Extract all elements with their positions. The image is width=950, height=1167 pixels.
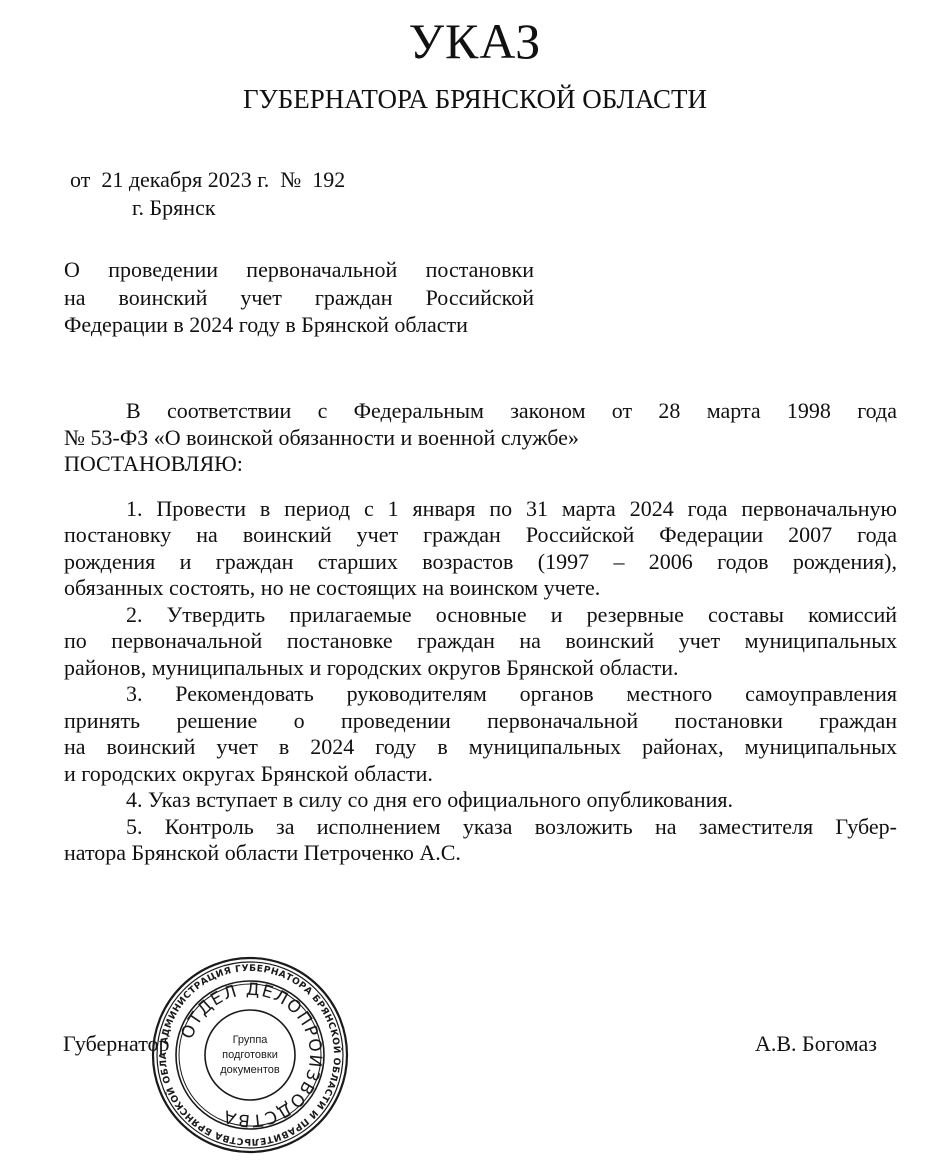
preamble: В соответствии с Федеральным законом от … bbox=[64, 398, 897, 478]
item-line: натора Брянской области Петроченко А.С. bbox=[64, 840, 897, 867]
item-5: 5. Контроль за исполнением указа возложи… bbox=[64, 814, 897, 867]
item-line: 3. Рекомендовать руководителям органов м… bbox=[64, 681, 897, 708]
item-line: рождения и граждан старших возрастов (19… bbox=[64, 549, 897, 576]
item-1: 1. Провести в период с 1 января по 31 ма… bbox=[64, 496, 897, 602]
item-line: 2. Утвердить прилагаемые основные и резе… bbox=[64, 602, 897, 629]
subject-line: Федерации в 2024 году в Брянской области bbox=[64, 311, 534, 339]
date-number-line: от 21 декабря 2023 г. № 192 bbox=[70, 166, 345, 194]
city-line: г. Брянск bbox=[132, 194, 216, 222]
preamble-line: В соответствии с Федеральным законом от … bbox=[64, 398, 897, 425]
official-stamp: АДМИНИСТРАЦИЯ ГУБЕРНАТОРА БРЯНСКОЙ ОБЛАС… bbox=[150, 955, 350, 1155]
item-line: 5. Контроль за исполнением указа возложи… bbox=[64, 814, 897, 841]
item-line: 1. Провести в период с 1 января по 31 ма… bbox=[64, 496, 897, 523]
document-subtitle: ГУБЕРНАТОРА БРЯНСКОЙ ОБЛАСТИ bbox=[0, 82, 950, 116]
decree-word: ПОСТАНОВЛЯЮ: bbox=[64, 451, 897, 478]
stamp-center-line: Группа bbox=[233, 1034, 269, 1046]
stamp-center-line: подготовки bbox=[222, 1049, 278, 1061]
item-2: 2. Утвердить прилагаемые основные и резе… bbox=[64, 602, 897, 682]
item-3: 3. Рекомендовать руководителям органов м… bbox=[64, 681, 897, 787]
document-title: УКАЗ bbox=[0, 12, 950, 70]
item-line: по первоначальной постановке граждан на … bbox=[64, 628, 897, 655]
signatory-name: А.В. Богомаз bbox=[755, 1030, 877, 1058]
item-4: 4. Указ вступает в силу со дня его офици… bbox=[64, 787, 897, 814]
document-subject: О проведении первоначальной постановки н… bbox=[64, 256, 534, 339]
stamp-seal-icon: АДМИНИСТРАЦИЯ ГУБЕРНАТОРА БРЯНСКОЙ ОБЛАС… bbox=[150, 955, 350, 1155]
subject-line: на воинский учет граждан Российской bbox=[64, 284, 534, 312]
item-line: районов, муниципальных и городских округ… bbox=[64, 655, 897, 682]
item-line: обязанных состоять, но не состоящих на в… bbox=[64, 575, 897, 602]
item-line: на воинский учет в 2024 году в муниципал… bbox=[64, 734, 897, 761]
preamble-line: № 53-ФЗ «О воинской обязанности и военно… bbox=[64, 425, 897, 452]
document-body: В соответствии с Федеральным законом от … bbox=[64, 398, 897, 867]
item-line: и городских округах Брянской области. bbox=[64, 761, 897, 788]
item-line: принять решение о проведении первоначаль… bbox=[64, 708, 897, 735]
subject-line: О проведении первоначальной постановки bbox=[64, 256, 534, 284]
item-line: 4. Указ вступает в силу со дня его офици… bbox=[64, 787, 897, 814]
stamp-center-line: документов bbox=[220, 1064, 280, 1076]
item-line: постановку на воинский учет граждан Росс… bbox=[64, 522, 897, 549]
